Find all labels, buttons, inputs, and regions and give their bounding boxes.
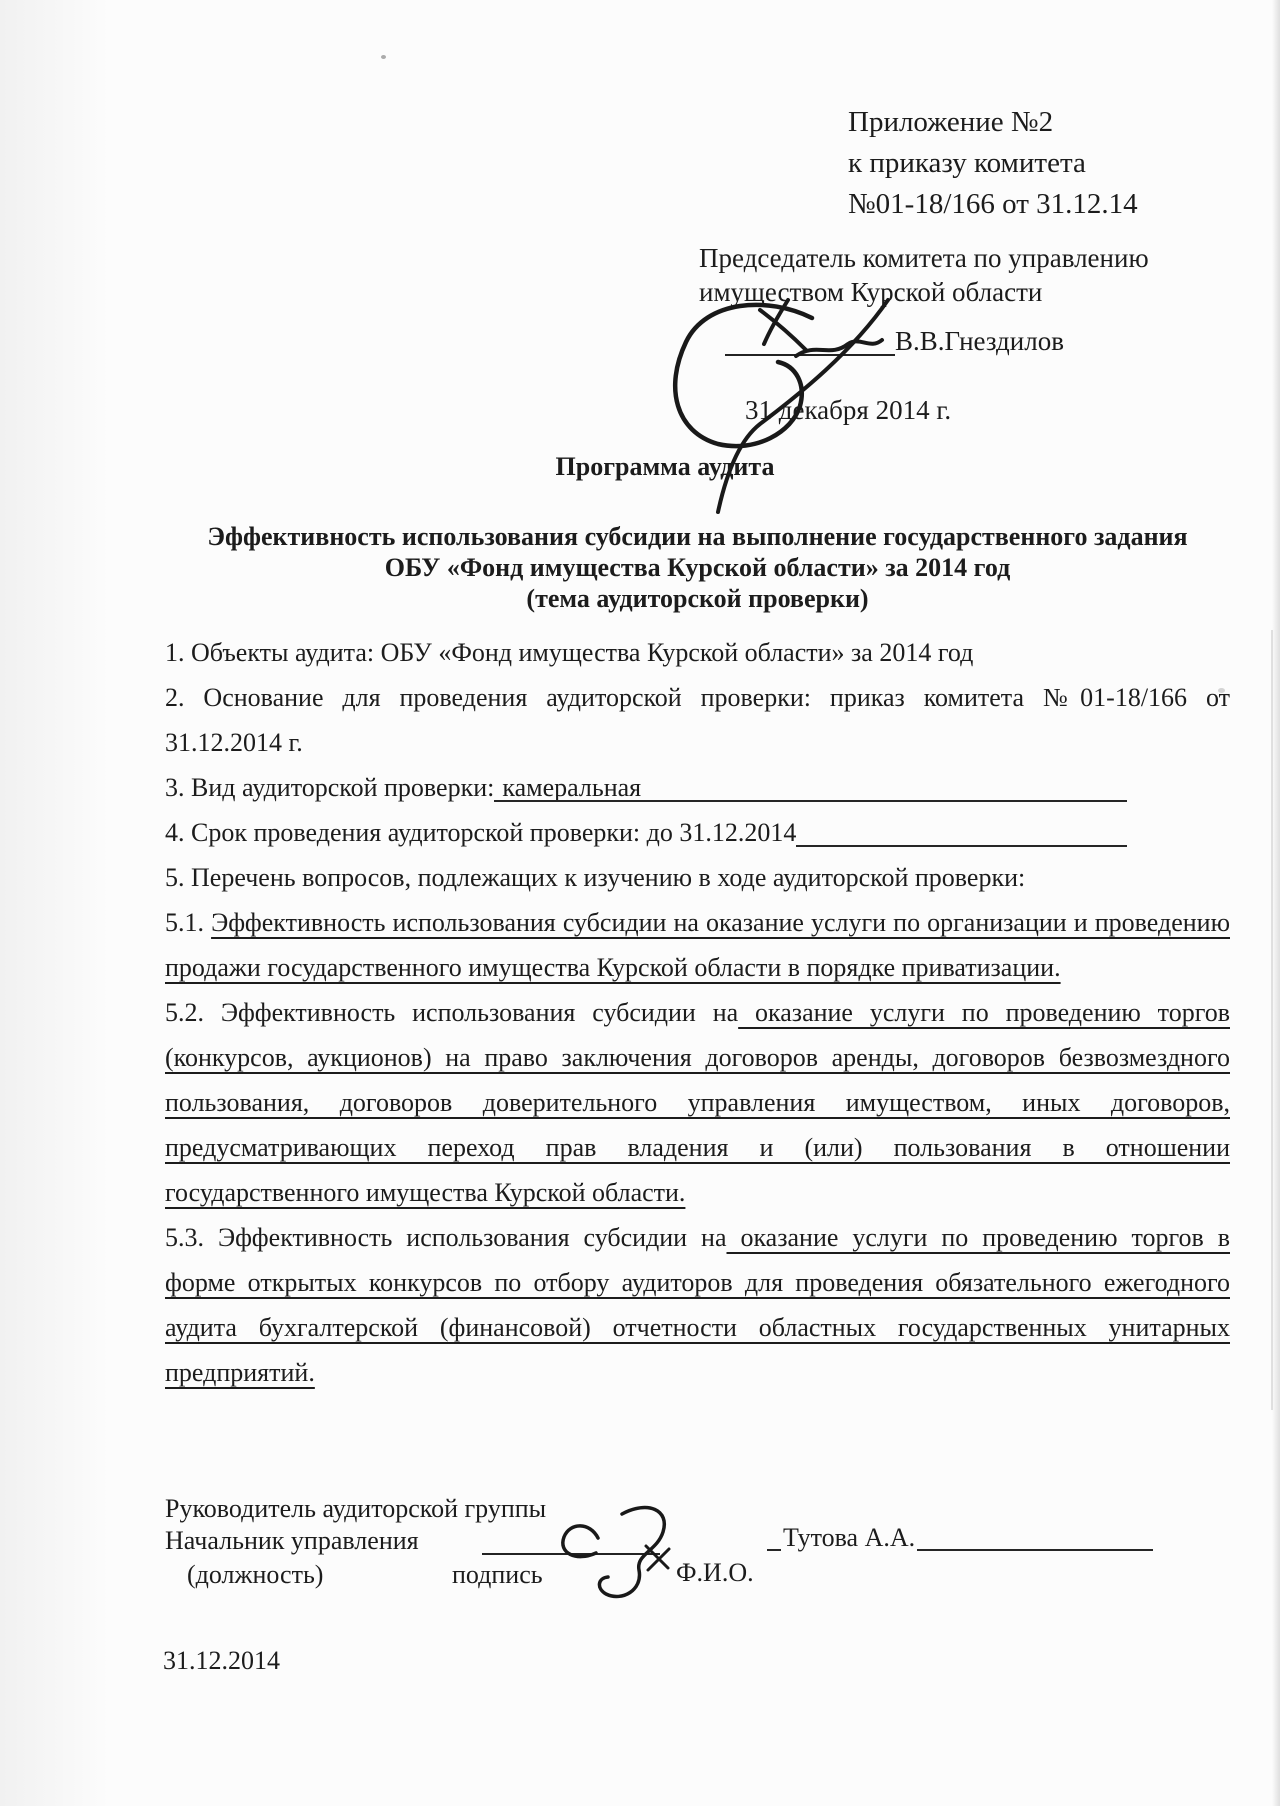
subject-line-1: Эффективность использования субсидии на … (165, 521, 1230, 552)
scan-speck (381, 55, 386, 59)
scan-edge-shadow-right (1272, 0, 1280, 1806)
item-5-1: 5.1. Эффективность использования субсиди… (165, 900, 1230, 990)
footer-role-line-2: Начальник управления (165, 1526, 419, 1556)
item-4: 4. Срок проведения аудиторской проверки:… (165, 810, 1127, 855)
item-4-label: 4. Срок проведения аудиторской проверки:… (165, 810, 796, 855)
document-page: Приложение №2 к приказу комитета №01-18/… (0, 0, 1280, 1806)
footer-fio-row: Тутова А.А. (767, 1521, 1153, 1555)
body-text: 1. Объекты аудита: ОБУ «Фонд имущества К… (165, 630, 1230, 1395)
item-5-2-number: 5.2. (165, 998, 221, 1027)
item-5-2-plain-text: Эффективность использования субсидии на (221, 998, 738, 1027)
item-1: 1. Объекты аудита: ОБУ «Фонд имущества К… (165, 630, 1230, 675)
scan-edge-shadow-left (0, 0, 112, 1806)
auditor-handwritten-signature (548, 1492, 698, 1612)
item-5-1-number: 5.1. (165, 908, 211, 937)
item-2-line-1: 2. Основание для проведения аудиторской … (165, 675, 1230, 720)
subject-block: Эффективность использования субсидии на … (165, 521, 1230, 614)
item-5-3: 5.3. Эффективность использования субсиди… (165, 1215, 1230, 1395)
item-4-blank-line (796, 810, 1127, 855)
footer-date: 31.12.2014 (163, 1646, 280, 1676)
label-fio: Ф.И.О. (676, 1558, 754, 1588)
chairman-name: В.В.Гнездилов (895, 326, 1064, 356)
annex-header-block: Приложение №2 к приказу комитета №01-18/… (848, 102, 1138, 225)
footer-role-line-1: Руководитель аудиторской группы (165, 1494, 546, 1524)
fio-blank-line (917, 1521, 1153, 1555)
item-5-3-plain-text: Эффективность использования субсидии на (218, 1223, 727, 1252)
fio-underscore (767, 1521, 781, 1555)
annex-line-1: Приложение №2 (848, 102, 1138, 143)
item-3-blank-line: камеральная (494, 765, 1127, 810)
document-title: Программа аудита (165, 452, 1165, 482)
label-signature: подпись (452, 1560, 543, 1590)
item-5-1-text: Эффективность использования субсидии на … (165, 908, 1230, 982)
item-3: 3. Вид аудиторской проверки: камеральная (165, 765, 1127, 810)
item-5: 5. Перечень вопросов, подлежащих к изуче… (165, 855, 1230, 900)
label-position: (должность) (187, 1560, 323, 1590)
item-3-value: камеральная (502, 773, 641, 802)
item-5-2-underlined-text: оказание услуги по проведению торгов (ко… (165, 998, 1230, 1207)
scan-artifact-line (1271, 630, 1273, 1410)
item-5-3-number: 5.3. (165, 1223, 218, 1252)
item-2-line-2: 31.12.2014 г. (165, 720, 1230, 765)
approver-title-line-1: Председатель комитета по управлению (699, 241, 1149, 275)
item-3-label: 3. Вид аудиторской проверки: (165, 765, 494, 810)
annex-line-3: №01-18/166 от 31.12.14 (848, 184, 1138, 225)
subject-line-3: (тема аудиторской проверки) (165, 583, 1230, 614)
chairman-handwritten-signature (655, 288, 905, 518)
auditor-name: Тутова А.А. (781, 1521, 917, 1555)
subject-line-2: ОБУ «Фонд имущества Курской области» за … (165, 552, 1230, 583)
item-5-2: 5.2. Эффективность использования субсиди… (165, 990, 1230, 1215)
annex-line-2: к приказу комитета (848, 143, 1138, 184)
